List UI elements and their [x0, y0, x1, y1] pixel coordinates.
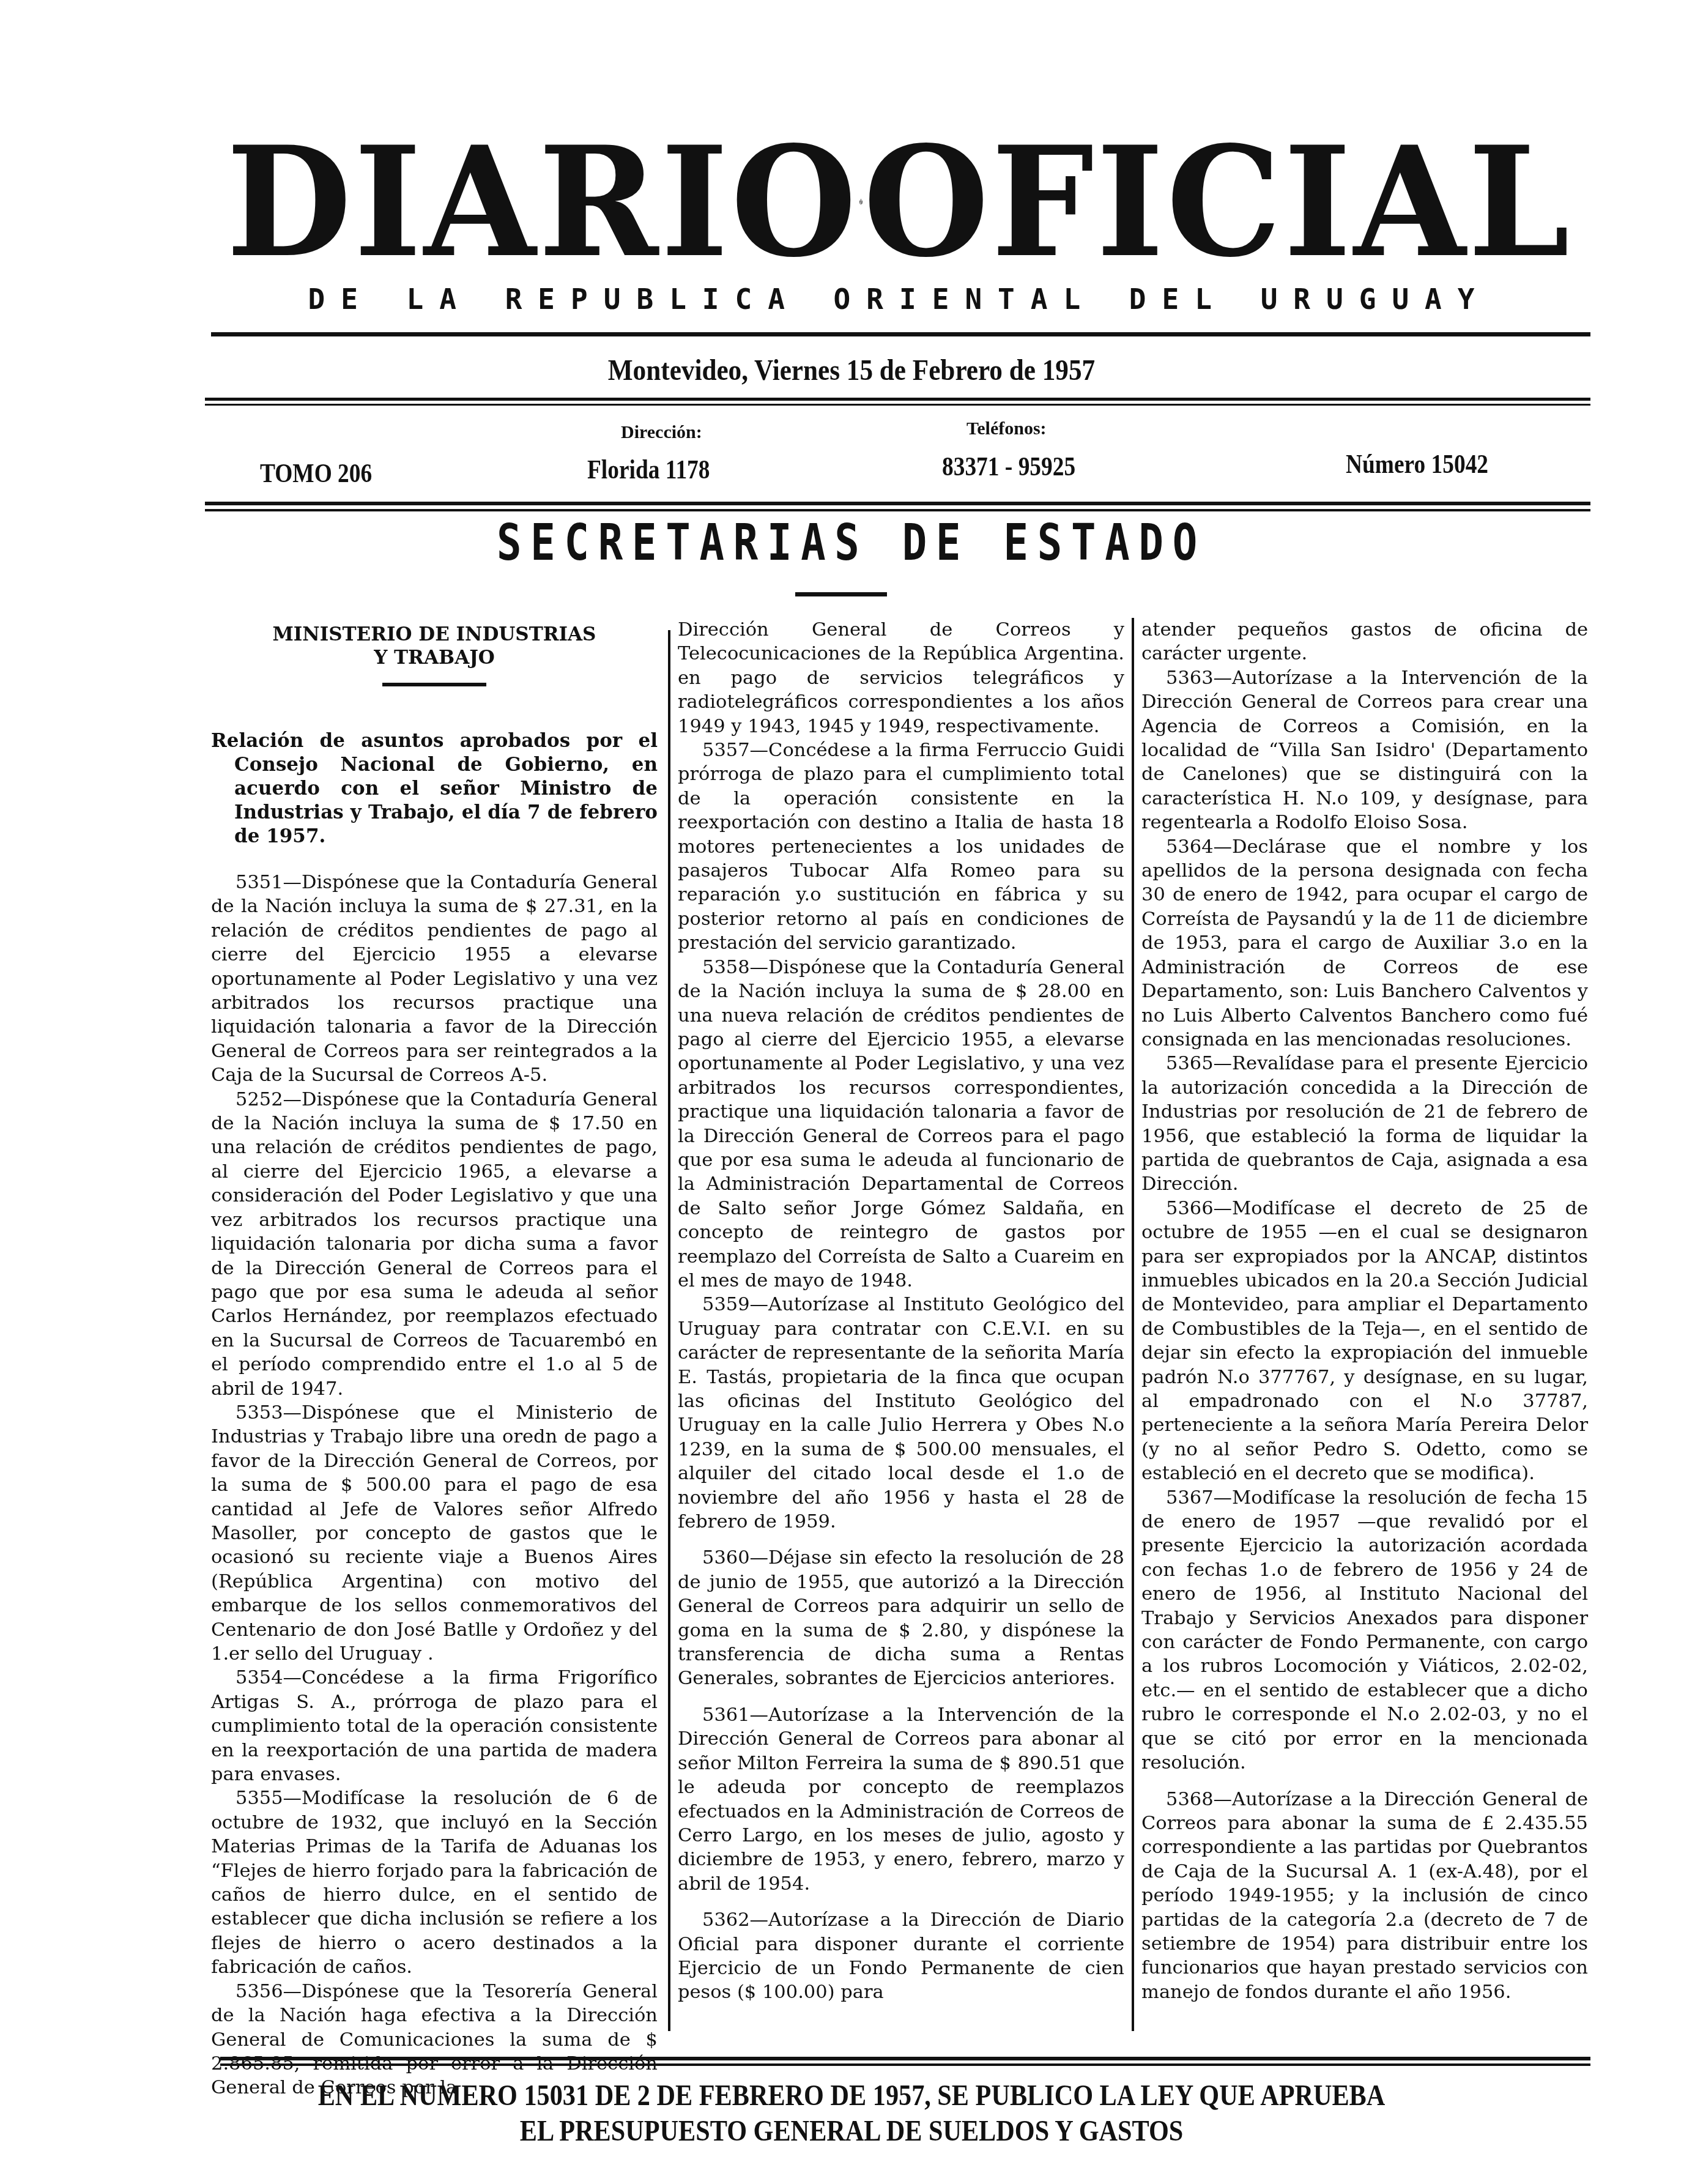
resolution-5252: 5252—Dispónese que la Contaduría General… — [211, 1088, 658, 1401]
issue-number: Número 15042 — [1346, 448, 1488, 480]
resolution-5365: 5365—Revalídase para el presente Ejercic… — [1141, 1052, 1588, 1196]
resolution-5360: 5360—Déjase sin efecto la resolución de … — [678, 1546, 1124, 1690]
resolution-5351: 5351—Dispónese que la Contaduría General… — [211, 871, 658, 1088]
section-title: SECRETARIAS DE ESTADO — [154, 514, 1550, 572]
resolution-5362-continued: atender pequeños gastos de oficina de ca… — [1141, 618, 1588, 666]
resolution-5358: 5358—Dispónese que la Contaduría General… — [678, 956, 1124, 1293]
telefonos-numbers: 83371 - 95925 — [942, 451, 1075, 482]
ministry-rule — [382, 683, 486, 686]
telefonos-label: Teléfonos: — [967, 418, 1047, 439]
direccion-address: Florida 1178 — [587, 454, 710, 485]
info-rule-top — [205, 502, 1590, 505]
column-2: Dirección General de Correos y Telecocun… — [678, 618, 1124, 2005]
issue-date: Montevideo, Viernes 15 de Febrero de 195… — [85, 354, 1618, 387]
resolution-5354: 5354—Concédese a la firma Frigorífico Ar… — [211, 1666, 658, 1786]
column-3: atender pequeños gastos de oficina de ca… — [1141, 618, 1588, 2004]
column-divider-2 — [1132, 618, 1134, 2031]
column-divider-1 — [668, 630, 670, 2031]
coat-of-arms-icon — [859, 125, 863, 278]
date-rule-top — [205, 398, 1590, 401]
direccion-label: Dirección: — [621, 422, 702, 443]
footer-rule-bottom — [220, 2063, 1590, 2066]
masthead-subtitle: DE LA REPUBLICA ORIENTAL DEL URUGUAY — [226, 283, 1572, 316]
footer-notice-line2: EL PRESUPUESTO GENERAL DE SUELDOS Y GAST… — [102, 2114, 1601, 2148]
resolution-5356-continued: Dirección General de Correos y Telecocun… — [678, 618, 1124, 738]
resolution-5357: 5357—Concédese a la firma Ferruccio Guid… — [678, 738, 1124, 956]
resolution-5363: 5363—Autorízase a la Intervención de la … — [1141, 666, 1588, 835]
section-rule — [795, 592, 887, 596]
masthead-rule — [211, 332, 1590, 336]
date-rule-bottom — [205, 404, 1590, 406]
resolution-5355: 5355—Modifícase la resolución de 6 de oc… — [211, 1786, 658, 1979]
resolution-5361: 5361—Autorízase a la Intervención de la … — [678, 1703, 1124, 1896]
footer-rule-top — [220, 2057, 1590, 2060]
resolution-5359: 5359—Autorízase al Instituto Geológico d… — [678, 1293, 1124, 1534]
resolution-5353: 5353—Dispónese que el Ministerio de Indu… — [211, 1401, 658, 1666]
resolution-5364: 5364—Declárase que el nombre y los apell… — [1141, 835, 1588, 1052]
resolution-5367: 5367—Modifícase la resolución de fecha 1… — [1141, 1486, 1588, 1775]
masthead-title-right: OFICIAL — [863, 126, 1572, 278]
ministry-lead: Relación de asuntos aprobados por el Con… — [211, 729, 658, 849]
ministry-title-line1: MINISTERIO DE INDUSTRIAS — [211, 623, 658, 646]
column-1: MINISTERIO DE INDUSTRIAS Y TRABAJO Relac… — [211, 618, 658, 2100]
resolution-5362: 5362—Autorízase a la Dirección de Diario… — [678, 1908, 1124, 2005]
tomo-number: TOMO 206 — [260, 458, 372, 489]
ministry-title-line2: Y TRABAJO — [211, 646, 658, 669]
footer-notice-line1: EN EL NUMERO 15031 DE 2 DE FEBRERO DE 19… — [102, 2079, 1601, 2112]
info-rule-bottom — [205, 509, 1590, 511]
resolution-5366: 5366—Modifícase el decreto de 25 de octu… — [1141, 1197, 1588, 1486]
masthead-title-left: DIARIO — [226, 126, 859, 278]
masthead: DIARIO OFICIAL — [226, 132, 1572, 272]
resolution-5368: 5368—Autorízase a la Dirección General d… — [1141, 1788, 1588, 2005]
